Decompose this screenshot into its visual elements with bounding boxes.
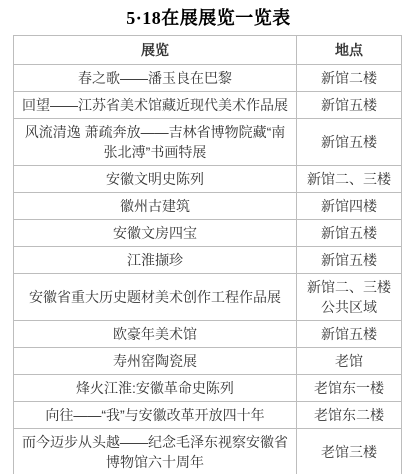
cell-location: 新馆四楼 [297,193,402,220]
table-row: 回望——江苏省美术馆藏近现代美术作品展新馆五楼 [14,92,402,119]
cell-exhibition: 江淮撷珍 [14,247,297,274]
cell-exhibition: 风流清逸 萧疏奔放——吉林省博物院藏“南张北溥”书画特展 [14,119,297,166]
table-row: 安徽文明史陈列新馆二、三楼 [14,166,402,193]
cell-exhibition: 安徽文明史陈列 [14,166,297,193]
table-row: 安徽省重大历史题材美术创作工程作品展新馆二、三楼公共区域 [14,274,402,321]
cell-exhibition: 烽火江淮:安徽革命史陈列 [14,375,297,402]
cell-exhibition: 欧豪年美术馆 [14,321,297,348]
cell-location: 新馆五楼 [297,92,402,119]
table-body: 春之歌——潘玉良在巴黎新馆二楼回望——江苏省美术馆藏近现代美术作品展新馆五楼风流… [14,65,402,474]
cell-location: 新馆五楼 [297,247,402,274]
cell-location: 新馆五楼 [297,220,402,247]
cell-location: 新馆二、三楼 [297,166,402,193]
exhibition-table: 展览 地点 春之歌——潘玉良在巴黎新馆二楼回望——江苏省美术馆藏近现代美术作品展… [13,35,402,474]
cell-exhibition: 而今迈步从头越——纪念毛泽东视察安徽省博物馆六十周年 [14,429,297,474]
page-title: 5·18在展展览一览表 [0,4,417,30]
cell-location: 新馆二、三楼公共区域 [297,274,402,321]
table-row: 欧豪年美术馆新馆五楼 [14,321,402,348]
cell-exhibition: 寿州窑陶瓷展 [14,348,297,375]
table-row: 风流清逸 萧疏奔放——吉林省博物院藏“南张北溥”书画特展新馆五楼 [14,119,402,166]
table-header-row: 展览 地点 [14,36,402,65]
table-row: 徽州古建筑新馆四楼 [14,193,402,220]
exhibition-list-page: 5·18在展展览一览表 展览 地点 春之歌——潘玉良在巴黎新馆二楼回望——江苏省… [0,4,417,474]
cell-location: 新馆五楼 [297,119,402,166]
cell-exhibition: 安徽文房四宝 [14,220,297,247]
table-row: 春之歌——潘玉良在巴黎新馆二楼 [14,65,402,92]
cell-location: 老馆东一楼 [297,375,402,402]
table-row: 向往——“我”与安徽改革开放四十年老馆东二楼 [14,402,402,429]
table-row: 寿州窑陶瓷展老馆 [14,348,402,375]
cell-location: 新馆五楼 [297,321,402,348]
cell-exhibition: 向往——“我”与安徽改革开放四十年 [14,402,297,429]
cell-exhibition: 春之歌——潘玉良在巴黎 [14,65,297,92]
cell-exhibition: 徽州古建筑 [14,193,297,220]
table-row: 安徽文房四宝新馆五楼 [14,220,402,247]
column-header-exhibition: 展览 [14,36,297,65]
cell-location: 老馆东二楼 [297,402,402,429]
cell-location: 老馆 [297,348,402,375]
cell-location: 新馆二楼 [297,65,402,92]
table-row: 烽火江淮:安徽革命史陈列老馆东一楼 [14,375,402,402]
cell-exhibition: 安徽省重大历史题材美术创作工程作品展 [14,274,297,321]
cell-exhibition: 回望——江苏省美术馆藏近现代美术作品展 [14,92,297,119]
table-row: 江淮撷珍新馆五楼 [14,247,402,274]
column-header-location: 地点 [297,36,402,65]
cell-location: 老馆三楼 [297,429,402,474]
table-row: 而今迈步从头越——纪念毛泽东视察安徽省博物馆六十周年老馆三楼 [14,429,402,474]
